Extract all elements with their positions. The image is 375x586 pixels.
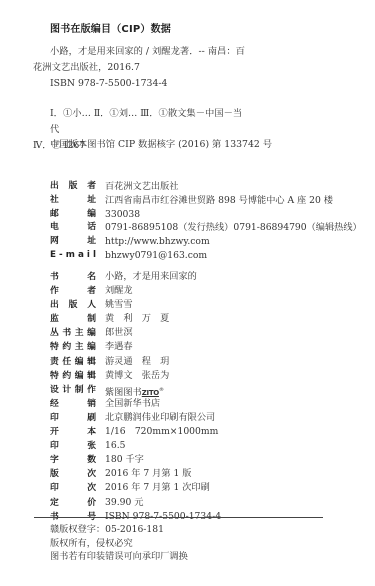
info-label: 定价 bbox=[50, 496, 96, 510]
copyright-footer: 赣版权登字：05-2016-181 版权所有，侵权必究 图书若有印装错误可向承印… bbox=[50, 523, 188, 564]
label-char: 字 bbox=[50, 453, 59, 467]
info-row: 网址http://www.bhzwy.com bbox=[50, 235, 362, 249]
label-char: 次 bbox=[87, 481, 96, 495]
zito-logo: ZITO bbox=[142, 389, 159, 397]
label-char: 书 bbox=[50, 270, 59, 284]
info-value-text: 1/16 720mm×1000mm bbox=[105, 426, 218, 437]
label-char: 者 bbox=[87, 284, 96, 298]
info-value: 0791-86895108（发行热线）0791-86894790（编辑热线） bbox=[105, 221, 362, 235]
label-char: 址 bbox=[87, 235, 96, 249]
info-label: 出版者 bbox=[50, 180, 96, 194]
label-char: 责 bbox=[50, 355, 59, 369]
label-char: a bbox=[78, 249, 84, 263]
info-label: 监制 bbox=[50, 312, 96, 326]
info-value: 39.90 元 bbox=[105, 496, 143, 510]
info-value-text: 0791-86895108（发行热线）0791-86894790（编辑热线） bbox=[105, 222, 362, 233]
label-char: 网 bbox=[50, 235, 59, 249]
label-char: 版 bbox=[50, 467, 59, 481]
label-char: 主 bbox=[75, 326, 84, 340]
info-label: E-mail bbox=[50, 249, 96, 263]
label-char: 印 bbox=[50, 439, 59, 453]
info-value: 全国新华书店 bbox=[105, 397, 160, 411]
label-char: 编 bbox=[75, 369, 84, 383]
label-char: 版 bbox=[69, 180, 78, 194]
info-row: 丛书主编郎世溟 bbox=[50, 326, 221, 340]
info-value: 郎世溟 bbox=[105, 326, 133, 340]
label-char: 作 bbox=[87, 383, 96, 397]
info-label: 网址 bbox=[50, 235, 96, 249]
spacer bbox=[33, 92, 248, 106]
info-value-text: 小路，才是用来回家的 bbox=[105, 271, 197, 282]
info-value-text: 39.90 元 bbox=[105, 497, 143, 508]
info-row: 书名小路，才是用来回家的 bbox=[50, 270, 221, 284]
info-row: 印次2016 年 7 月第 1 次印刷 bbox=[50, 481, 221, 495]
info-label: 丛书主编 bbox=[50, 326, 96, 340]
label-char: 社 bbox=[50, 194, 59, 208]
label-char: 销 bbox=[87, 397, 96, 411]
publisher-info: 出版者百花洲文艺出版社社址江西省南昌市红谷滩世贸路 898 号博能中心 A 座 … bbox=[50, 180, 362, 263]
info-value-text: 黄博文 张岳为 bbox=[105, 370, 169, 381]
info-value: 李遇春 bbox=[105, 340, 133, 354]
label-char: 约 bbox=[62, 340, 71, 354]
info-value: 姚雪雪 bbox=[105, 298, 133, 312]
info-value: 黄 利 万 夏 bbox=[105, 312, 169, 326]
info-value-text: 黄 利 万 夏 bbox=[105, 313, 169, 324]
info-row: 责任编辑游灵通 程 玥 bbox=[50, 355, 221, 369]
label-char: 作 bbox=[50, 284, 59, 298]
cip-classification: Ⅰ．①小… Ⅱ．①刘… Ⅲ．①散文集－中国－当代 bbox=[33, 106, 248, 138]
info-value: bhzwy0791@163.com bbox=[105, 249, 207, 263]
info-value-text: 北京鹏润伟业印刷有限公司 bbox=[105, 412, 215, 423]
cip-isbn: ISBN 978-7-5500-1734-4 bbox=[33, 76, 248, 92]
label-char: 刷 bbox=[87, 411, 96, 425]
info-label: 特约编辑 bbox=[50, 369, 96, 383]
info-label: 社址 bbox=[50, 194, 96, 208]
label-char: 张 bbox=[87, 439, 96, 453]
label-char: 任 bbox=[62, 355, 71, 369]
info-label: 字数 bbox=[50, 453, 96, 467]
book-info: 书名小路，才是用来回家的作者刘醒龙出版人姚雪雪监制黄 利 万 夏丛书主编郎世溟特… bbox=[50, 270, 221, 524]
info-value: 紫图图书ZITO® bbox=[105, 383, 164, 397]
info-row: 开本1/16 720mm×1000mm bbox=[50, 425, 221, 439]
label-char: 版 bbox=[69, 298, 78, 312]
info-value-text: 李遇春 bbox=[105, 341, 133, 352]
info-row: E-mailbhzwy0791@163.com bbox=[50, 249, 362, 263]
info-row: 社址江西省南昌市红谷滩世贸路 898 号博能中心 A 座 20 楼 bbox=[50, 194, 362, 208]
label-char: 印 bbox=[50, 481, 59, 495]
info-value: 游灵通 程 玥 bbox=[105, 355, 169, 369]
info-label: 出版人 bbox=[50, 298, 96, 312]
info-value: 百花洲文艺出版社 bbox=[105, 180, 179, 194]
info-value: 1/16 720mm×1000mm bbox=[105, 425, 218, 439]
label-char: 编 bbox=[87, 326, 96, 340]
info-value: 黄博文 张岳为 bbox=[105, 369, 169, 383]
info-row: 电话0791-86895108（发行热线）0791-86894790（编辑热线） bbox=[50, 221, 362, 235]
info-label: 书名 bbox=[50, 270, 96, 284]
label-char: l bbox=[93, 249, 96, 263]
info-row: 作者刘醒龙 bbox=[50, 284, 221, 298]
misprint-notice: 图书若有印装错误可向承印厂调换 bbox=[50, 550, 188, 564]
label-char: 约 bbox=[62, 369, 71, 383]
info-value: 江西省南昌市红谷滩世贸路 898 号博能中心 A 座 20 楼 bbox=[105, 194, 333, 208]
label-char: 址 bbox=[87, 194, 96, 208]
info-value-text: 16.5 bbox=[105, 440, 125, 451]
divider bbox=[34, 517, 323, 518]
info-label: 特约主编 bbox=[50, 340, 96, 354]
info-label: 开本 bbox=[50, 425, 96, 439]
info-row: 出版人姚雪雪 bbox=[50, 298, 221, 312]
info-value-text: 刘醒龙 bbox=[105, 285, 133, 296]
info-row: 字数180 千字 bbox=[50, 453, 221, 467]
label-char: 编 bbox=[87, 208, 96, 222]
label-char: 制 bbox=[87, 312, 96, 326]
info-value: 16.5 bbox=[105, 439, 125, 453]
info-label: 邮编 bbox=[50, 208, 96, 222]
label-char: 人 bbox=[87, 298, 96, 312]
label-char: E bbox=[50, 249, 56, 263]
info-value-text: 2016 年 7 月第 1 版 bbox=[105, 468, 191, 479]
label-char: 制 bbox=[75, 383, 84, 397]
label-char: 书 bbox=[62, 326, 71, 340]
info-label: 经销 bbox=[50, 397, 96, 411]
info-value: 330038 bbox=[105, 208, 140, 222]
info-label: 作者 bbox=[50, 284, 96, 298]
registered-mark: ® bbox=[159, 387, 164, 393]
info-row: 特约主编李遇春 bbox=[50, 340, 221, 354]
info-value: 小路，才是用来回家的 bbox=[105, 270, 197, 284]
label-char: 编 bbox=[75, 355, 84, 369]
info-value-text: 2016 年 7 月第 1 次印刷 bbox=[105, 482, 210, 493]
label-char: 编 bbox=[87, 340, 96, 354]
label-char: 辑 bbox=[87, 369, 96, 383]
info-value-text: 全国新华书店 bbox=[105, 398, 160, 409]
label-char: 特 bbox=[50, 340, 59, 354]
info-value: 北京鹏润伟业印刷有限公司 bbox=[105, 411, 215, 425]
info-value: 2016 年 7 月第 1 版 bbox=[105, 467, 191, 481]
info-value: 刘醒龙 bbox=[105, 284, 133, 298]
info-row: 邮编330038 bbox=[50, 208, 362, 222]
info-label: 印张 bbox=[50, 439, 96, 453]
info-value-text: 游灵通 程 玥 bbox=[105, 356, 169, 367]
info-value: http://www.bhzwy.com bbox=[105, 235, 210, 249]
label-char: 丛 bbox=[50, 326, 59, 340]
copyright-page: 图书在版编目（CIP）数据 小路，才是用来回家的 / 刘醒龙著．-- 南昌：百 … bbox=[0, 0, 375, 586]
label-char: i bbox=[87, 249, 90, 263]
cip-publisher-line: 花洲文艺出版社，2016.7 bbox=[33, 60, 248, 76]
info-value: 2016 年 7 月第 1 次印刷 bbox=[105, 481, 210, 495]
info-label: 版次 bbox=[50, 467, 96, 481]
label-char: 者 bbox=[87, 180, 96, 194]
info-row: 版次2016 年 7 月第 1 版 bbox=[50, 467, 221, 481]
label-char: 邮 bbox=[50, 208, 59, 222]
label-char: 监 bbox=[50, 312, 59, 326]
info-label: 印刷 bbox=[50, 411, 96, 425]
label-char: 辑 bbox=[87, 355, 96, 369]
label-char: 电 bbox=[50, 221, 59, 235]
info-value: 180 千字 bbox=[105, 453, 144, 467]
label-char: 计 bbox=[62, 383, 71, 397]
info-value-text: 180 千字 bbox=[105, 454, 144, 465]
label-char: 次 bbox=[87, 467, 96, 481]
info-value-text: bhzwy0791@163.com bbox=[105, 250, 207, 261]
cip-heading: 图书在版编目（CIP）数据 bbox=[50, 20, 171, 35]
label-char: 设 bbox=[50, 383, 59, 397]
label-char: 主 bbox=[75, 340, 84, 354]
info-row: 经销全国新华书店 bbox=[50, 397, 221, 411]
label-char: 印 bbox=[50, 411, 59, 425]
info-row: 印刷北京鹏润伟业印刷有限公司 bbox=[50, 411, 221, 425]
label-char: 特 bbox=[50, 369, 59, 383]
rights-reserved: 版权所有，侵权必究 bbox=[50, 537, 188, 551]
label-char: 出 bbox=[50, 298, 59, 312]
info-label: 责任编辑 bbox=[50, 355, 96, 369]
label-char: 经 bbox=[50, 397, 59, 411]
info-value-text: 江西省南昌市红谷滩世贸路 898 号博能中心 A 座 20 楼 bbox=[105, 195, 333, 206]
info-value-text: 330038 bbox=[105, 209, 140, 220]
info-row: 印张16.5 bbox=[50, 439, 221, 453]
label-char: 本 bbox=[87, 425, 96, 439]
cip-title-line: 小路，才是用来回家的 / 刘醒龙著．-- 南昌：百 bbox=[33, 44, 248, 60]
label-char: m bbox=[66, 249, 75, 263]
info-value-text: 郎世溟 bbox=[105, 327, 133, 338]
label-char: 话 bbox=[87, 221, 96, 235]
info-value-text: http://www.bhzwy.com bbox=[105, 236, 210, 247]
label-char: 名 bbox=[87, 270, 96, 284]
label-char: 定 bbox=[50, 496, 59, 510]
info-row: 监制黄 利 万 夏 bbox=[50, 312, 221, 326]
info-row: 特约编辑黄博文 张岳为 bbox=[50, 369, 221, 383]
label-char: - bbox=[59, 249, 63, 263]
copyright-registration: 赣版权登字：05-2016-181 bbox=[50, 523, 188, 537]
info-value-text: 百花洲文艺出版社 bbox=[105, 181, 179, 192]
cip-approval-number: 中国版本图书馆 CIP 数据核字 (2016) 第 133742 号 bbox=[50, 136, 272, 150]
label-char: 价 bbox=[87, 496, 96, 510]
info-label: 设计制作 bbox=[50, 383, 96, 397]
info-label: 电话 bbox=[50, 221, 96, 235]
label-char: 出 bbox=[50, 180, 59, 194]
info-row: 定价39.90 元 bbox=[50, 496, 221, 510]
info-value-text: 姚雪雪 bbox=[105, 299, 133, 310]
info-row: 设计制作紫图图书ZITO® bbox=[50, 383, 221, 397]
label-char: 数 bbox=[87, 453, 96, 467]
info-row: 出版者百花洲文艺出版社 bbox=[50, 180, 362, 194]
label-char: 开 bbox=[50, 425, 59, 439]
info-label: 印次 bbox=[50, 481, 96, 495]
